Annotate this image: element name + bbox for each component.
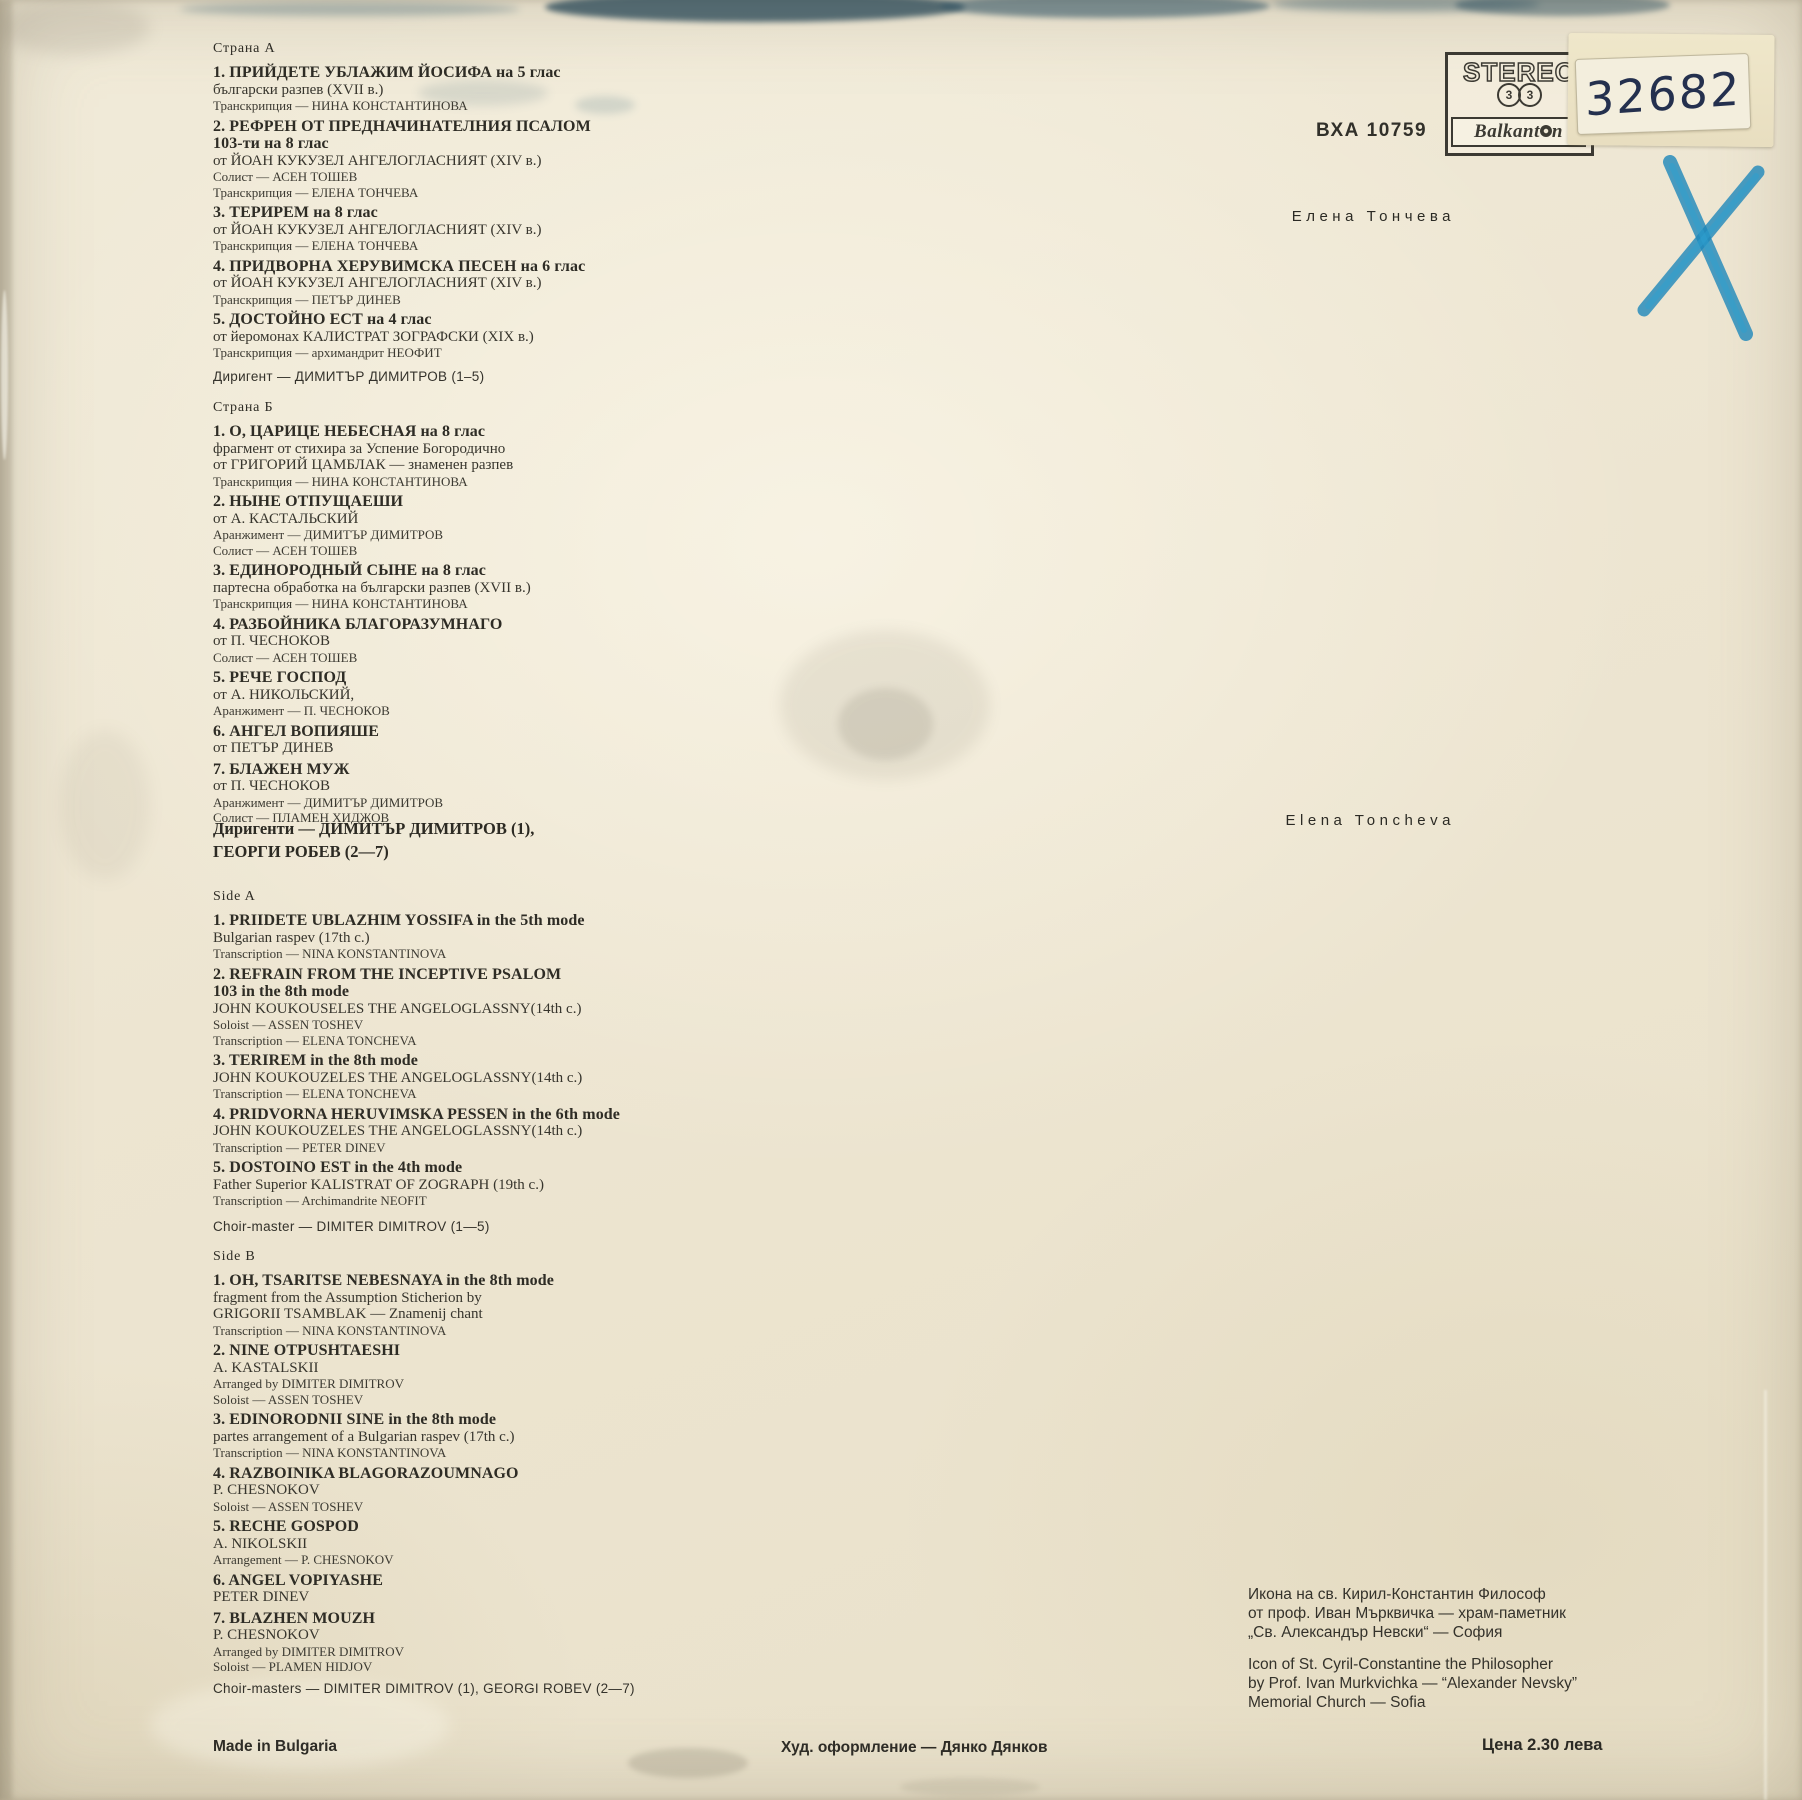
track-item: 5. РЕЧЕ ГОСПОД от А. НИКОЛЬСКИЙ,Аранжиме… (213, 669, 683, 719)
inventory-sticker-label: 32682 (1575, 53, 1752, 135)
track-item: 1. О, ЦАРИЦЕ НЕБЕСНАЯ на 8 глас фрагмент… (213, 423, 683, 489)
cover-icon-credit: Икона на св. Кирил-Константин Философот … (1248, 1585, 1608, 1712)
track-item: 4. PRIDVORNA HERUVIMSKA PESSEN in the 6t… (213, 1106, 683, 1156)
track-credit-line: Arrangement — P. CHESNOKOV (213, 1552, 683, 1568)
track-credit-line: Транскрипция — ПЕТЪР ДИНЕВ (213, 292, 683, 308)
track-title: 4. ПРИДВОРНА ХЕРУВИМСКА ПЕСЕН на 6 глас (213, 258, 683, 276)
track-credit-line: Arranged by DIMITER DIMITROV (213, 1376, 683, 1392)
track-title: 7. BLAZHEN MOUZH (213, 1610, 683, 1628)
side-a-header-en: Side A (213, 888, 683, 906)
track-title: 6. ANGEL VOPIYASHE (213, 1572, 683, 1590)
track-credits: от А. КАСТАЛЬСКИЙАранжимент — ДИМИТЪР ДИ… (213, 511, 683, 559)
track-credits: P. CHESNOKOVArranged by DIMITER DIMITROV… (213, 1627, 683, 1675)
paper-stain (60, 730, 150, 880)
track-credit-line: български разпев (XVII в.) (213, 82, 683, 99)
track-item: 3. ТЕРИРЕМ на 8 глас от ЙОАН КУКУЗЕЛ АНГ… (213, 204, 683, 254)
track-credits: български разпев (XVII в.)Транскрипция —… (213, 82, 683, 114)
tracklist-bulgarian-side-b: Страна Б 1. О, ЦАРИЦЕ НЕБЕСНАЯ на 8 глас… (213, 399, 683, 830)
track-credit-line: Транскрипция — НИНА КОНСТАНТИНОВА (213, 474, 683, 490)
track-credit-line: Transcription — Archimandrite NEOFIT (213, 1193, 683, 1209)
track-title: 3. ТЕРИРЕМ на 8 глас (213, 204, 683, 222)
track-title: 1. О, ЦАРИЦЕ НЕБЕСНАЯ на 8 глас (213, 423, 683, 441)
balkanton-logo-box: Balkantn (1451, 117, 1586, 147)
track-credits: JOHN KOUKOUSELES THE ANGELOGLASSNY(14th … (213, 1001, 683, 1049)
track-credit-line: Солист — АСЕН ТОШЕВ (213, 169, 683, 185)
track-title: 5. DOSTOINO EST in the 4th mode (213, 1159, 683, 1177)
track-title-line2: 103 in the 8th mode (213, 983, 683, 1001)
track-credit-line: GRIGORII TSAMBLAK — Znamenij chant (213, 1306, 683, 1323)
tracklist-english-side-b: Side B 1. OH, TSARITSE NEBESNAYA in the … (213, 1248, 683, 1679)
track-credit-line: P. CHESNOKOV (213, 1482, 683, 1499)
author-signature-en: Elena Toncheva (680, 812, 1469, 830)
track-credit-line: PETER DINEV (213, 1589, 683, 1606)
track-credit-line: JOHN KOUKOUZELES THE ANGELOGLASSNY(14th … (213, 1070, 683, 1087)
track-credits: Father Superior KALISTRAT OF ZOGRAPH (19… (213, 1177, 683, 1209)
track-credit-line: от ЙОАН КУКУЗЕЛ АНГЕЛОГЛАСНИЯТ (XIV в.) (213, 275, 683, 292)
track-title: 7. БЛАЖЕН МУЖ (213, 761, 683, 779)
track-item: 1. PRIIDETE UBLAZHIM YOSSIFA in the 5th … (213, 912, 683, 962)
track-title: 2. НЫНЕ ОТПУЩАЕШИ (213, 493, 683, 511)
conductors-line-2: ГЕОРГИ РОБЕВ (2—7) (213, 840, 683, 863)
track-credit-line: Transcription — PETER DINEV (213, 1140, 683, 1156)
track-credit-line: Soloist — ASSEN TOSHEV (213, 1017, 683, 1033)
track-credits: партесна обработка на български разпев (… (213, 580, 683, 612)
track-credit-line: от А. НИКОЛЬСКИЙ, (213, 687, 683, 704)
track-credit-line: Transcription — NINA KONSTANTINOVA (213, 946, 683, 962)
track-credit-line: JOHN KOUKOUSELES THE ANGELOGLASSNY(14th … (213, 1001, 683, 1018)
track-item: 7. BLAZHEN MOUZH P. CHESNOKOVArranged by… (213, 1610, 683, 1675)
track-credit-line: от ЙОАН КУКУЗЕЛ АНГЕЛОГЛАСНИЯТ (XIV в.) (213, 153, 683, 170)
catalog-number: ВХА 10759 (1316, 120, 1427, 142)
track-credit-line: Аранжимент — ДИМИТЪР ДИМИТРОВ (213, 795, 683, 811)
track-item: 5. ДОСТОЙНО ЕСТ на 4 глас от йеромонах К… (213, 311, 683, 361)
track-title: 2. NINE OTPUSHTAESHI (213, 1342, 683, 1360)
track-title: 5. РЕЧЕ ГОСПОД (213, 669, 683, 687)
author-signature-bg: Елена Тончева (680, 208, 1469, 226)
side-b-header-bg: Страна Б (213, 399, 683, 417)
track-credits: Bulgarian raspev (17th c.)Transcription … (213, 930, 683, 962)
track-credit-line: Soloist — PLAMEN HIDJOV (213, 1659, 683, 1675)
paper-stain (0, 0, 150, 55)
track-item: 5. RECHE GOSPOD A. NIKOLSKIIArrangement … (213, 1518, 683, 1568)
track-credit-line: Transcription — NINA KONSTANTINOVA (213, 1323, 683, 1339)
track-credit-line: Аранжимент — П. ЧЕСНОКОВ (213, 703, 683, 719)
handwritten-inventory-number: 32682 (1585, 64, 1741, 123)
track-credit-line: от П. ЧЕСНОКОВ (213, 778, 683, 795)
track-credits: JOHN KOUKOUZELES THE ANGELOGLASSNY(14th … (213, 1070, 683, 1102)
record-sleeve-back-scan: Страна А 1. ПРИЙДЕТЕ УБЛАЖИМ ЙОСИФА на 5… (0, 0, 1802, 1800)
track-title: 4. RAZBOINIKA BLAGORAZOUMNAGO (213, 1465, 683, 1483)
track-credits: A. NIKOLSKIIArrangement — P. CHESNOKOV (213, 1536, 683, 1568)
track-title: 1. PRIIDETE UBLAZHIM YOSSIFA in the 5th … (213, 912, 683, 930)
track-credits: от ЙОАН КУКУЗЕЛ АНГЕЛОГЛАСНИЯТ (XIV в.)Т… (213, 222, 683, 254)
made-in-label: Made in Bulgaria (213, 1737, 337, 1756)
track-credit-line: Transcription — ELENA TONCHEVA (213, 1086, 683, 1102)
track-credit-line: partes arrangement of a Bulgarian raspev… (213, 1429, 683, 1446)
track-item: 7. БЛАЖЕН МУЖ от П. ЧЕСНОКОВАранжимент —… (213, 761, 683, 826)
track-credit-line: Transcription — NINA KONSTANTINOVA (213, 1445, 683, 1461)
track-credit-line: Аранжимент — ДИМИТЪР ДИМИТРОВ (213, 527, 683, 543)
tracklist-english-side-a: Side A 1. PRIIDETE UBLAZHIM YOSSIFA in t… (213, 888, 683, 1213)
track-title: 1. OH, TSARITSE NEBESNAYA in the 8th mod… (213, 1272, 683, 1290)
conductor-line-bg: Диригент — ДИМИТЪР ДИМИТРОВ (1–5) (213, 368, 683, 385)
track-item: 6. ANGEL VOPIYASHE PETER DINEV (213, 1572, 683, 1606)
track-credit-line: fragment from the Assumption Sticherion … (213, 1290, 683, 1307)
track-credits: partes arrangement of a Bulgarian raspev… (213, 1429, 683, 1461)
track-credit-line: JOHN KOUKOUZELES THE ANGELOGLASSNY(14th … (213, 1123, 683, 1140)
track-item: 4. РАЗБОЙНИКА БЛАГОРАЗУМНАГО от П. ЧЕСНО… (213, 616, 683, 666)
track-credits: A. KASTALSKIIArranged by DIMITER DIMITRO… (213, 1360, 683, 1408)
track-title: 4. РАЗБОЙНИКА БЛАГОРАЗУМНАГО (213, 616, 683, 634)
track-credit-line: от ПЕТЪР ДИНЕВ (213, 740, 683, 757)
track-item: 2. REFRAIN FROM THE INCEPTIVE PSALOM 103… (213, 966, 683, 1049)
track-credits: от А. НИКОЛЬСКИЙ,Аранжимент — П. ЧЕСНОКО… (213, 687, 683, 719)
track-credit-line: Transcription — ELENA TONCHEVA (213, 1033, 683, 1049)
track-credit-line: Soloist — ASSEN TOSHEV (213, 1392, 683, 1408)
icon-credit-english: Icon of St. Cyril-Constantine the Philos… (1248, 1655, 1608, 1712)
track-credit-line: Транскрипция — ЕЛЕНА ТОНЧЕВА (213, 185, 683, 201)
track-item: 3. TERIREM in the 8th mode JOHN KOUKOUZE… (213, 1052, 683, 1102)
track-credit-line: Транскрипция — ЕЛЕНА ТОНЧЕВА (213, 238, 683, 254)
track-credits: PETER DINEV (213, 1589, 683, 1606)
track-item: 2. NINE OTPUSHTAESHI A. KASTALSKIIArrang… (213, 1342, 683, 1407)
track-credit-line: Bulgarian raspev (17th c.) (213, 930, 683, 947)
track-item: 5. DOSTOINO EST in the 4th mode Father S… (213, 1159, 683, 1209)
track-item: 3. EDINORODNII SINE in the 8th mode part… (213, 1411, 683, 1461)
track-item: 2. РЕФРЕН ОТ ПРЕДНАЧИНАТЕЛНИЯ ПСАЛОМ 103… (213, 118, 683, 201)
side-b-header-en: Side B (213, 1248, 683, 1266)
track-credit-line: A. NIKOLSKII (213, 1536, 683, 1553)
balkanton-logo: Balkantn (1474, 122, 1563, 142)
track-credits: фрагмент от стихира за Успение Богородич… (213, 441, 683, 490)
track-credit-line: от П. ЧЕСНОКОВ (213, 633, 683, 650)
track-title: 4. PRIDVORNA HERUVIMSKA PESSEN in the 6t… (213, 1106, 683, 1124)
track-credit-line: от А. КАСТАЛЬСКИЙ (213, 511, 683, 528)
track-credits: P. CHESNOKOVSoloist — ASSEN TOSHEV (213, 1482, 683, 1514)
paper-edge-nick (1, 290, 8, 460)
track-credit-line: от ЙОАН КУКУЗЕЛ АНГЕЛОГЛАСНИЯТ (XIV в.) (213, 222, 683, 239)
track-title: 3. ЕДИНОРОДНЫЙ СЫНЕ на 8 глас (213, 562, 683, 580)
track-credit-line: Транскрипция — НИНА КОНСТАНТИНОВА (213, 596, 683, 612)
track-credits: от йеромонах КАЛИСТРАТ ЗОГРАФСКИ (XIX в.… (213, 329, 683, 361)
track-title: 2. REFRAIN FROM THE INCEPTIVE PSALOM (213, 966, 683, 984)
track-credit-line: P. CHESNOKOV (213, 1627, 683, 1644)
track-credits: от П. ЧЕСНОКОВСолист — АСЕН ТОШЕВ (213, 633, 683, 665)
track-credit-line: Soloist — ASSEN TOSHEV (213, 1499, 683, 1515)
price-label: Цена 2.30 лева (1482, 1736, 1602, 1755)
track-item: 4. ПРИДВОРНА ХЕРУВИМСКА ПЕСЕН на 6 глас … (213, 258, 683, 308)
track-item: 4. RAZBOINIKA BLAGORAZOUMNAGO P. CHESNOK… (213, 1465, 683, 1515)
design-credit: Худ. оформление — Дянко Дянков (781, 1738, 1048, 1757)
track-credits: от ПЕТЪР ДИНЕВ (213, 740, 683, 757)
paper-stain (628, 1748, 748, 1778)
track-item: 3. ЕДИНОРОДНЫЙ СЫНЕ на 8 глас партесна о… (213, 562, 683, 612)
track-credits: от ЙОАН КУКУЗЕЛ АНГЕЛОГЛАСНИЯТ (XIV в.)Т… (213, 275, 683, 307)
track-credits: fragment from the Assumption Sticherion … (213, 1290, 683, 1339)
track-title-line2: 103-ти на 8 глас (213, 135, 683, 153)
track-credit-line: от ГРИГОРИЙ ЦАМБЛАК — знаменен разпев (213, 457, 683, 474)
track-title: 6. АНГЕЛ ВОПИЯШЕ (213, 723, 683, 741)
conductors-credit-bg: Диригенти — ДИМИТЪР ДИМИТРОВ (1), ГЕОРГИ… (213, 817, 683, 863)
track-title: 5. ДОСТОЙНО ЕСТ на 4 глас (213, 311, 683, 329)
track-credit-line: Солист — АСЕН ТОШЕВ (213, 650, 683, 666)
track-credit-line: Arranged by DIMITER DIMITROV (213, 1644, 683, 1660)
track-credit-line: фрагмент от стихира за Успение Богородич… (213, 441, 683, 458)
track-credit-line: Транскрипция — НИНА КОНСТАНТИНОВА (213, 98, 683, 114)
track-item: 1. OH, TSARITSE NEBESNAYA in the 8th mod… (213, 1272, 683, 1338)
track-title: 3. TERIREM in the 8th mode (213, 1052, 683, 1070)
side-a-header-bg: Страна А (213, 40, 683, 58)
track-title: 2. РЕФРЕН ОТ ПРЕДНАЧИНАТЕЛНИЯ ПСАЛОМ (213, 118, 683, 136)
handwritten-x-mark (1618, 142, 1798, 352)
track-title: 3. EDINORODNII SINE in the 8th mode (213, 1411, 683, 1429)
track-item: 1. ПРИЙДЕТЕ УБЛАЖИМ ЙОСИФА на 5 глас бъл… (213, 64, 683, 114)
track-credits: от ЙОАН КУКУЗЕЛ АНГЕЛОГЛАСНИЯТ (XIV в.)С… (213, 153, 683, 201)
track-credit-line: A. KASTALSKII (213, 1360, 683, 1377)
liner-notes-english: Elena Toncheva (680, 800, 1469, 830)
ink-smudge (180, 2, 520, 16)
rpm-circle-icon: 3 (1518, 83, 1542, 107)
liner-notes-bulgarian: Елена Тончева (680, 196, 1469, 226)
track-credit-line: Солист — АСЕН ТОШЕВ (213, 543, 683, 559)
track-credits: JOHN KOUKOUZELES THE ANGELOGLASSNY(14th … (213, 1123, 683, 1155)
icon-credit-bulgarian: Икона на св. Кирил-Константин Философот … (1248, 1585, 1608, 1642)
track-credit-line: от йеромонах КАЛИСТРАТ ЗОГРАФСКИ (XIX в.… (213, 329, 683, 346)
track-title: 1. ПРИЙДЕТЕ УБЛАЖИМ ЙОСИФА на 5 глас (213, 64, 683, 82)
track-credit-line: Father Superior KALISTRAT OF ZOGRAPH (19… (213, 1177, 683, 1194)
choirmaster-line-en: Choir-master — DIMITER DIMITROV (1—5) (213, 1218, 683, 1235)
conductors-line-1: Диригенти — ДИМИТЪР ДИМИТРОВ (1), (213, 817, 683, 840)
track-credit-line: партесна обработка на български разпев (… (213, 580, 683, 597)
track-credit-line: Транскрипция — архимандрит НЕОФИТ (213, 345, 683, 361)
choirmasters-line-en: Choir-masters — DIMITER DIMITROV (1), GE… (213, 1680, 683, 1697)
track-title: 5. RECHE GOSPOD (213, 1518, 683, 1536)
paper-stain (900, 1778, 1040, 1796)
paper-crease (1764, 1390, 1767, 1800)
track-item: 2. НЫНЕ ОТПУЩАЕШИ от А. КАСТАЛЬСКИЙАранж… (213, 493, 683, 558)
paper-stain (838, 688, 933, 760)
record-dot-icon (1540, 125, 1552, 137)
paper-edge-shadow (0, 0, 12, 1800)
tracklist-bulgarian-side-a: Страна А 1. ПРИЙДЕТЕ УБЛАЖИМ ЙОСИФА на 5… (213, 40, 683, 365)
track-item: 6. АНГЕЛ ВОПИЯШЕ от ПЕТЪР ДИНЕВ (213, 723, 683, 757)
